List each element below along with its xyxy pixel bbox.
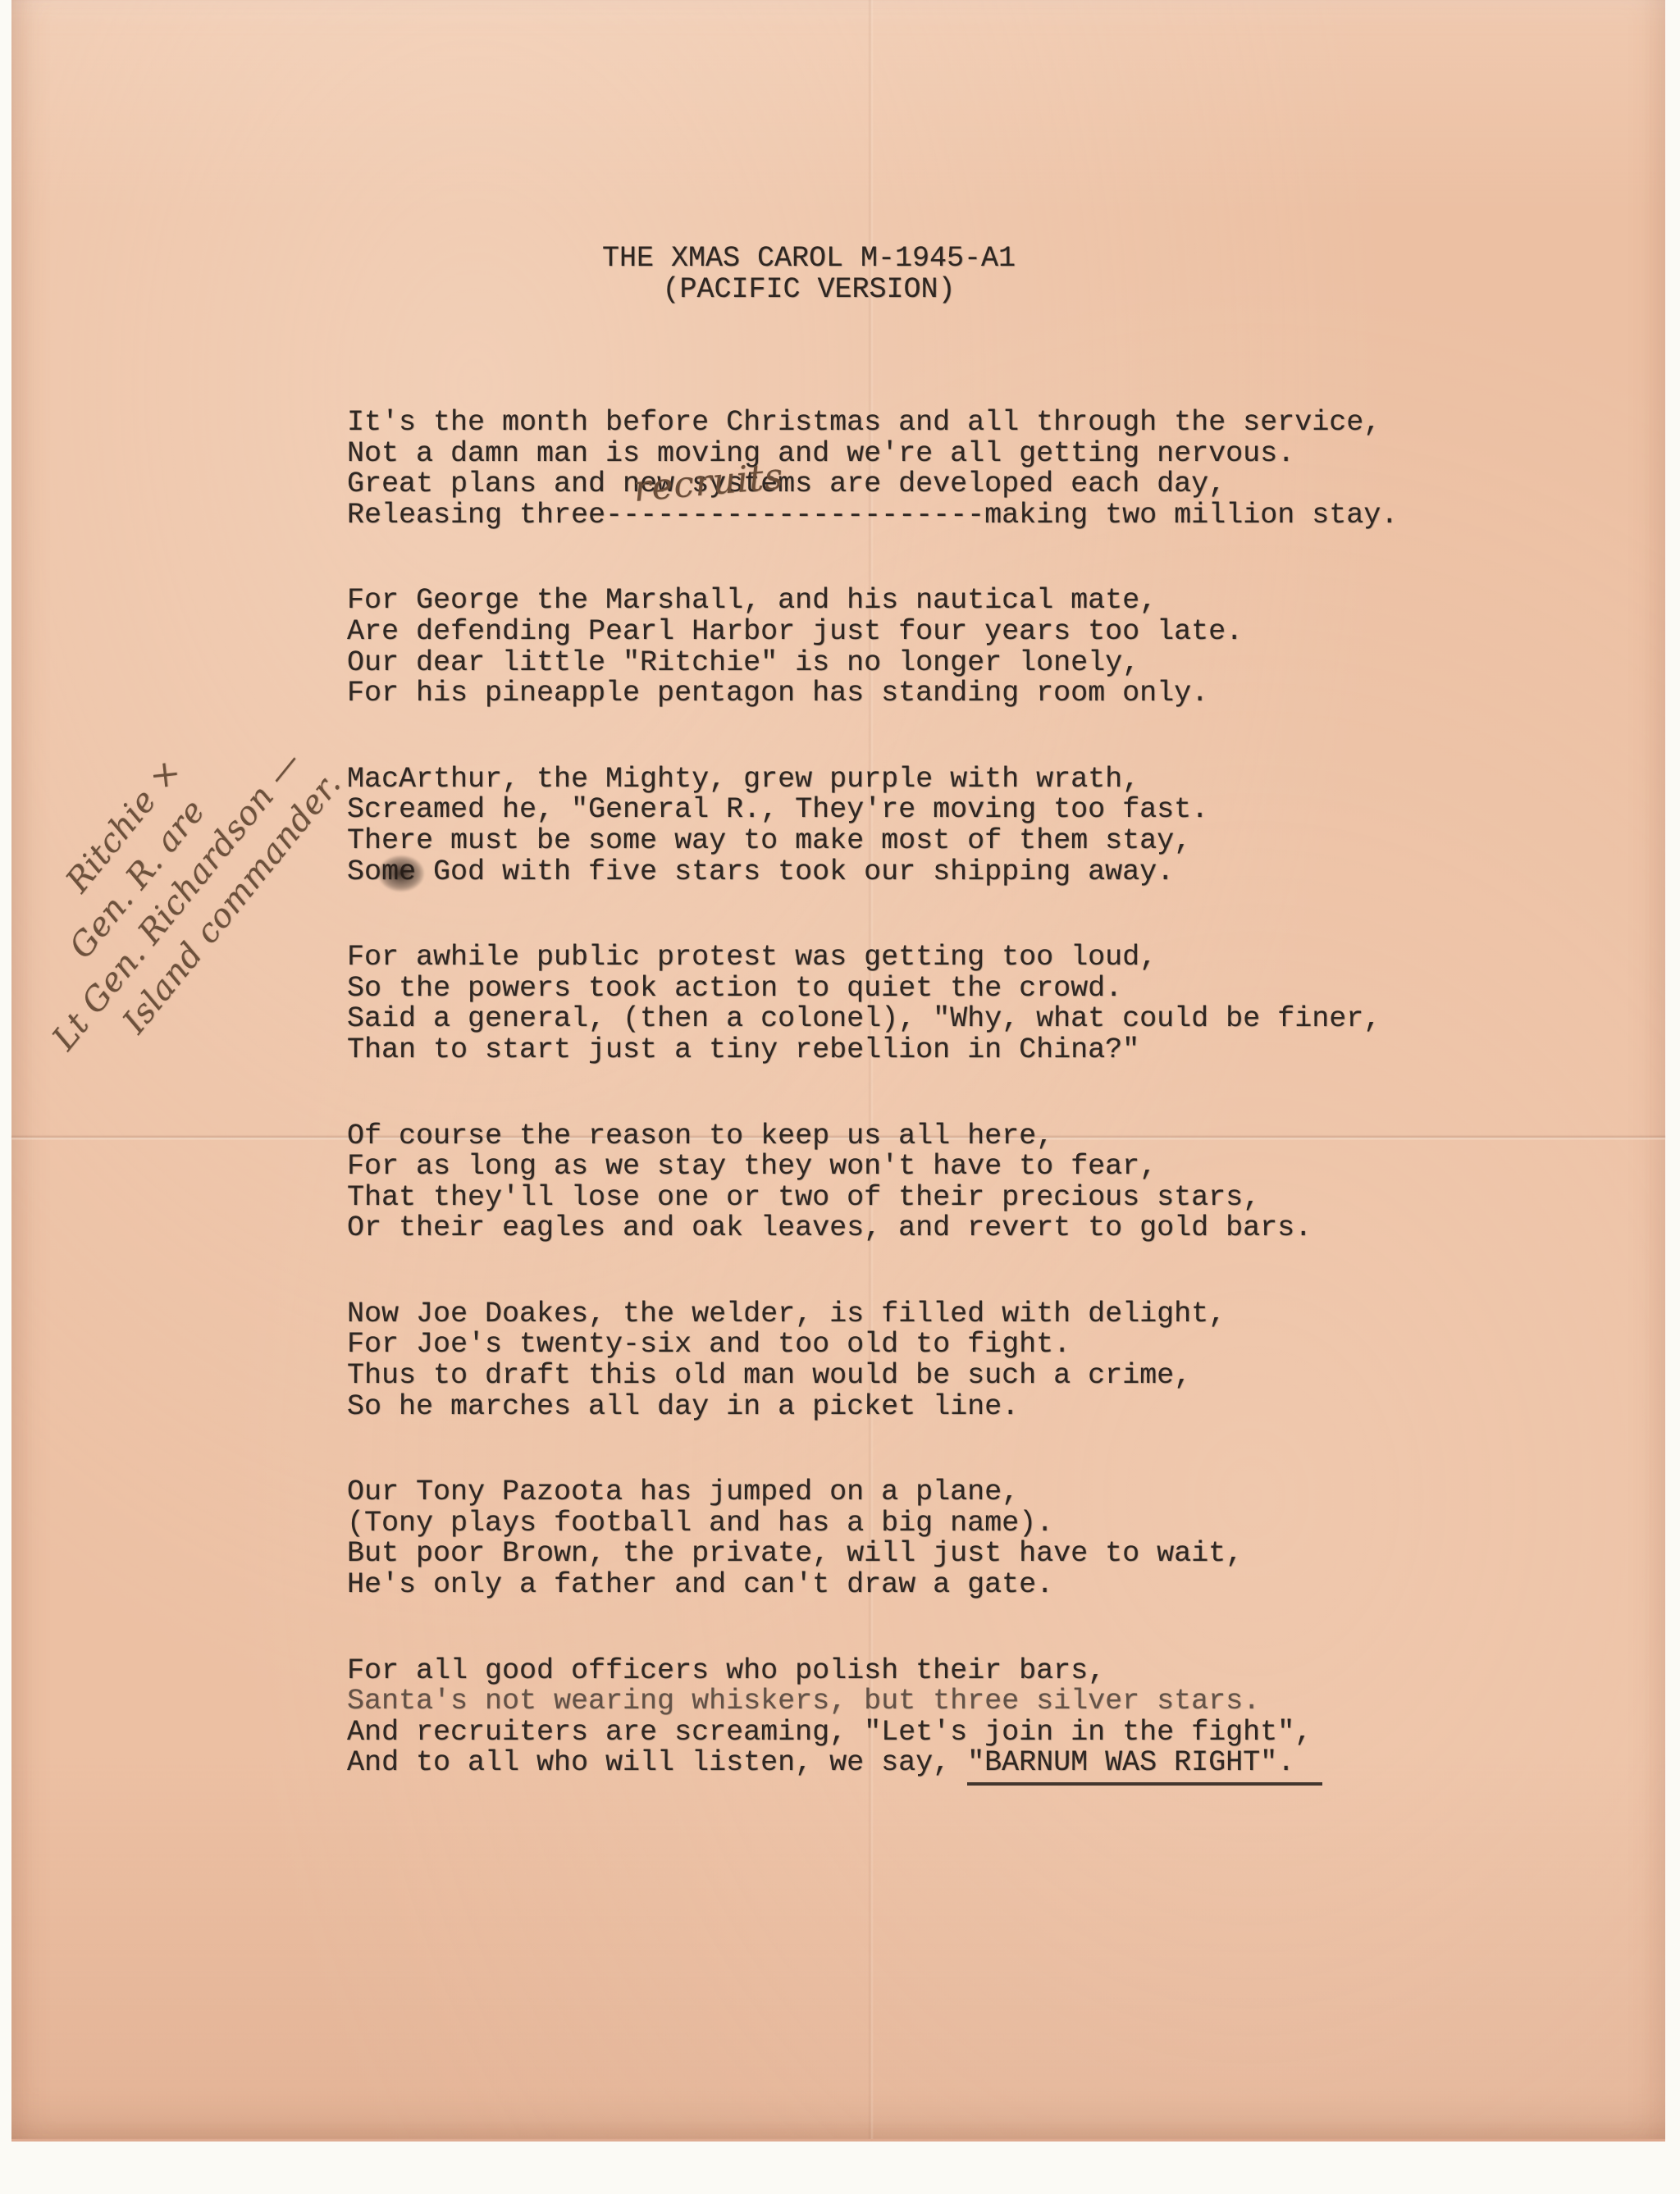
poem-line: He's only a father and can't draw a gate…	[347, 1570, 1627, 1601]
typed-dash-line: ----------------------recruits	[605, 500, 984, 531]
poem-line: For George the Marshall, and his nautica…	[347, 586, 1627, 617]
poem-line: Than to start just a tiny rebellion in C…	[347, 1035, 1627, 1066]
document-subtitle: (PACIFIC VERSION)	[601, 274, 1016, 305]
stanza-7: Our Tony Pazoota has jumped on a plane, …	[347, 1477, 1627, 1600]
poem-line: For as long as we stay they won't have t…	[347, 1152, 1627, 1183]
poem-line: It's the month before Christmas and all …	[347, 408, 1627, 439]
poem-line: And recruiters are screaming, "Let's joi…	[347, 1717, 1627, 1749]
poem-line: Of course the reason to keep us all here…	[347, 1121, 1627, 1152]
poem-line: Great plans and new systems are develope…	[347, 469, 1627, 500]
poem-line: So the powers took action to quiet the c…	[347, 974, 1627, 1005]
poem-line: Screamed he, "General R., They're moving…	[347, 795, 1627, 826]
poem-line: For his pineapple pentagon has standing …	[347, 678, 1627, 709]
poem-line: But poor Brown, the private, will just h…	[347, 1539, 1627, 1570]
poem-line: Are defending Pearl Harbor just four yea…	[347, 617, 1627, 648]
stanza-4: For awhile public protest was getting to…	[347, 942, 1627, 1065]
stanza-6: Now Joe Doakes, the welder, is filled wi…	[347, 1299, 1627, 1422]
margin-annotation: Ritchie × Gen. R. are Lt Gen. Richardson…	[0, 618, 400, 1087]
document-title: THE XMAS CAROL M-1945-A1	[601, 243, 1016, 274]
line-segment: making two million stay.	[984, 499, 1398, 531]
ink-blot	[378, 855, 424, 892]
stanza-1: It's the month before Christmas and all …	[347, 408, 1627, 531]
poem-line: And to all who will listen, we say, "BAR…	[347, 1748, 1627, 1779]
poem-line: Santa's not wearing whiskers, but three …	[347, 1686, 1627, 1717]
handwritten-word-recruits: recruits	[632, 461, 785, 504]
stanza-5: Of course the reason to keep us all here…	[347, 1121, 1627, 1244]
title-block: THE XMAS CAROL M-1945-A1 (PACIFIC VERSIO…	[601, 243, 1016, 305]
stanza-2: For George the Marshall, and his nautica…	[347, 586, 1627, 709]
poem-line: Not a damn man is moving and we're all g…	[347, 439, 1627, 470]
poem-line: Now Joe Doakes, the welder, is filled wi…	[347, 1299, 1627, 1330]
poem-line: Releasing three----------------------rec…	[347, 500, 1627, 531]
poem-line: Said a general, (then a colonel), "Why, …	[347, 1004, 1627, 1035]
scanned-document: THE XMAS CAROL M-1945-A1 (PACIFIC VERSIO…	[0, 0, 1680, 2194]
barnum-underlined-text: "BARNUM WAS RIGHT".	[967, 1746, 1322, 1786]
poem-line: (Tony plays football and has a big name)…	[347, 1508, 1627, 1539]
poem-line: For awhile public protest was getting to…	[347, 942, 1627, 974]
poem-line: So he marches all day in a picket line.	[347, 1392, 1627, 1423]
poem-line: There must be some way to make most of t…	[347, 826, 1627, 857]
stanza-8: For all good officers who polish their b…	[347, 1656, 1627, 1779]
poem-line: For Joe's twenty-six and too old to figh…	[347, 1330, 1627, 1361]
poem-line: That they'll lose one or two of their pr…	[347, 1183, 1627, 1214]
line-segment: And to all who will listen, we say,	[347, 1746, 967, 1779]
line-segment: Releasing three	[347, 499, 605, 531]
poem-line: Our Tony Pazoota has jumped on a plane,	[347, 1477, 1627, 1508]
document-page: THE XMAS CAROL M-1945-A1 (PACIFIC VERSIO…	[11, 0, 1665, 2142]
poem-line: MacArthur, the Mighty, grew purple with …	[347, 764, 1627, 796]
stanza-3: MacArthur, the Mighty, grew purple with …	[347, 764, 1627, 887]
poem-line: Our dear little "Ritchie" is no longer l…	[347, 648, 1627, 679]
poem-line: Or their eagles and oak leaves, and reve…	[347, 1213, 1627, 1244]
poem-line: Some God with five stars took our shippi…	[347, 857, 1627, 888]
poem-line: Thus to draft this old man would be such…	[347, 1361, 1627, 1392]
poem-body: It's the month before Christmas and all …	[347, 408, 1627, 1834]
poem-line: For all good officers who polish their b…	[347, 1656, 1627, 1687]
